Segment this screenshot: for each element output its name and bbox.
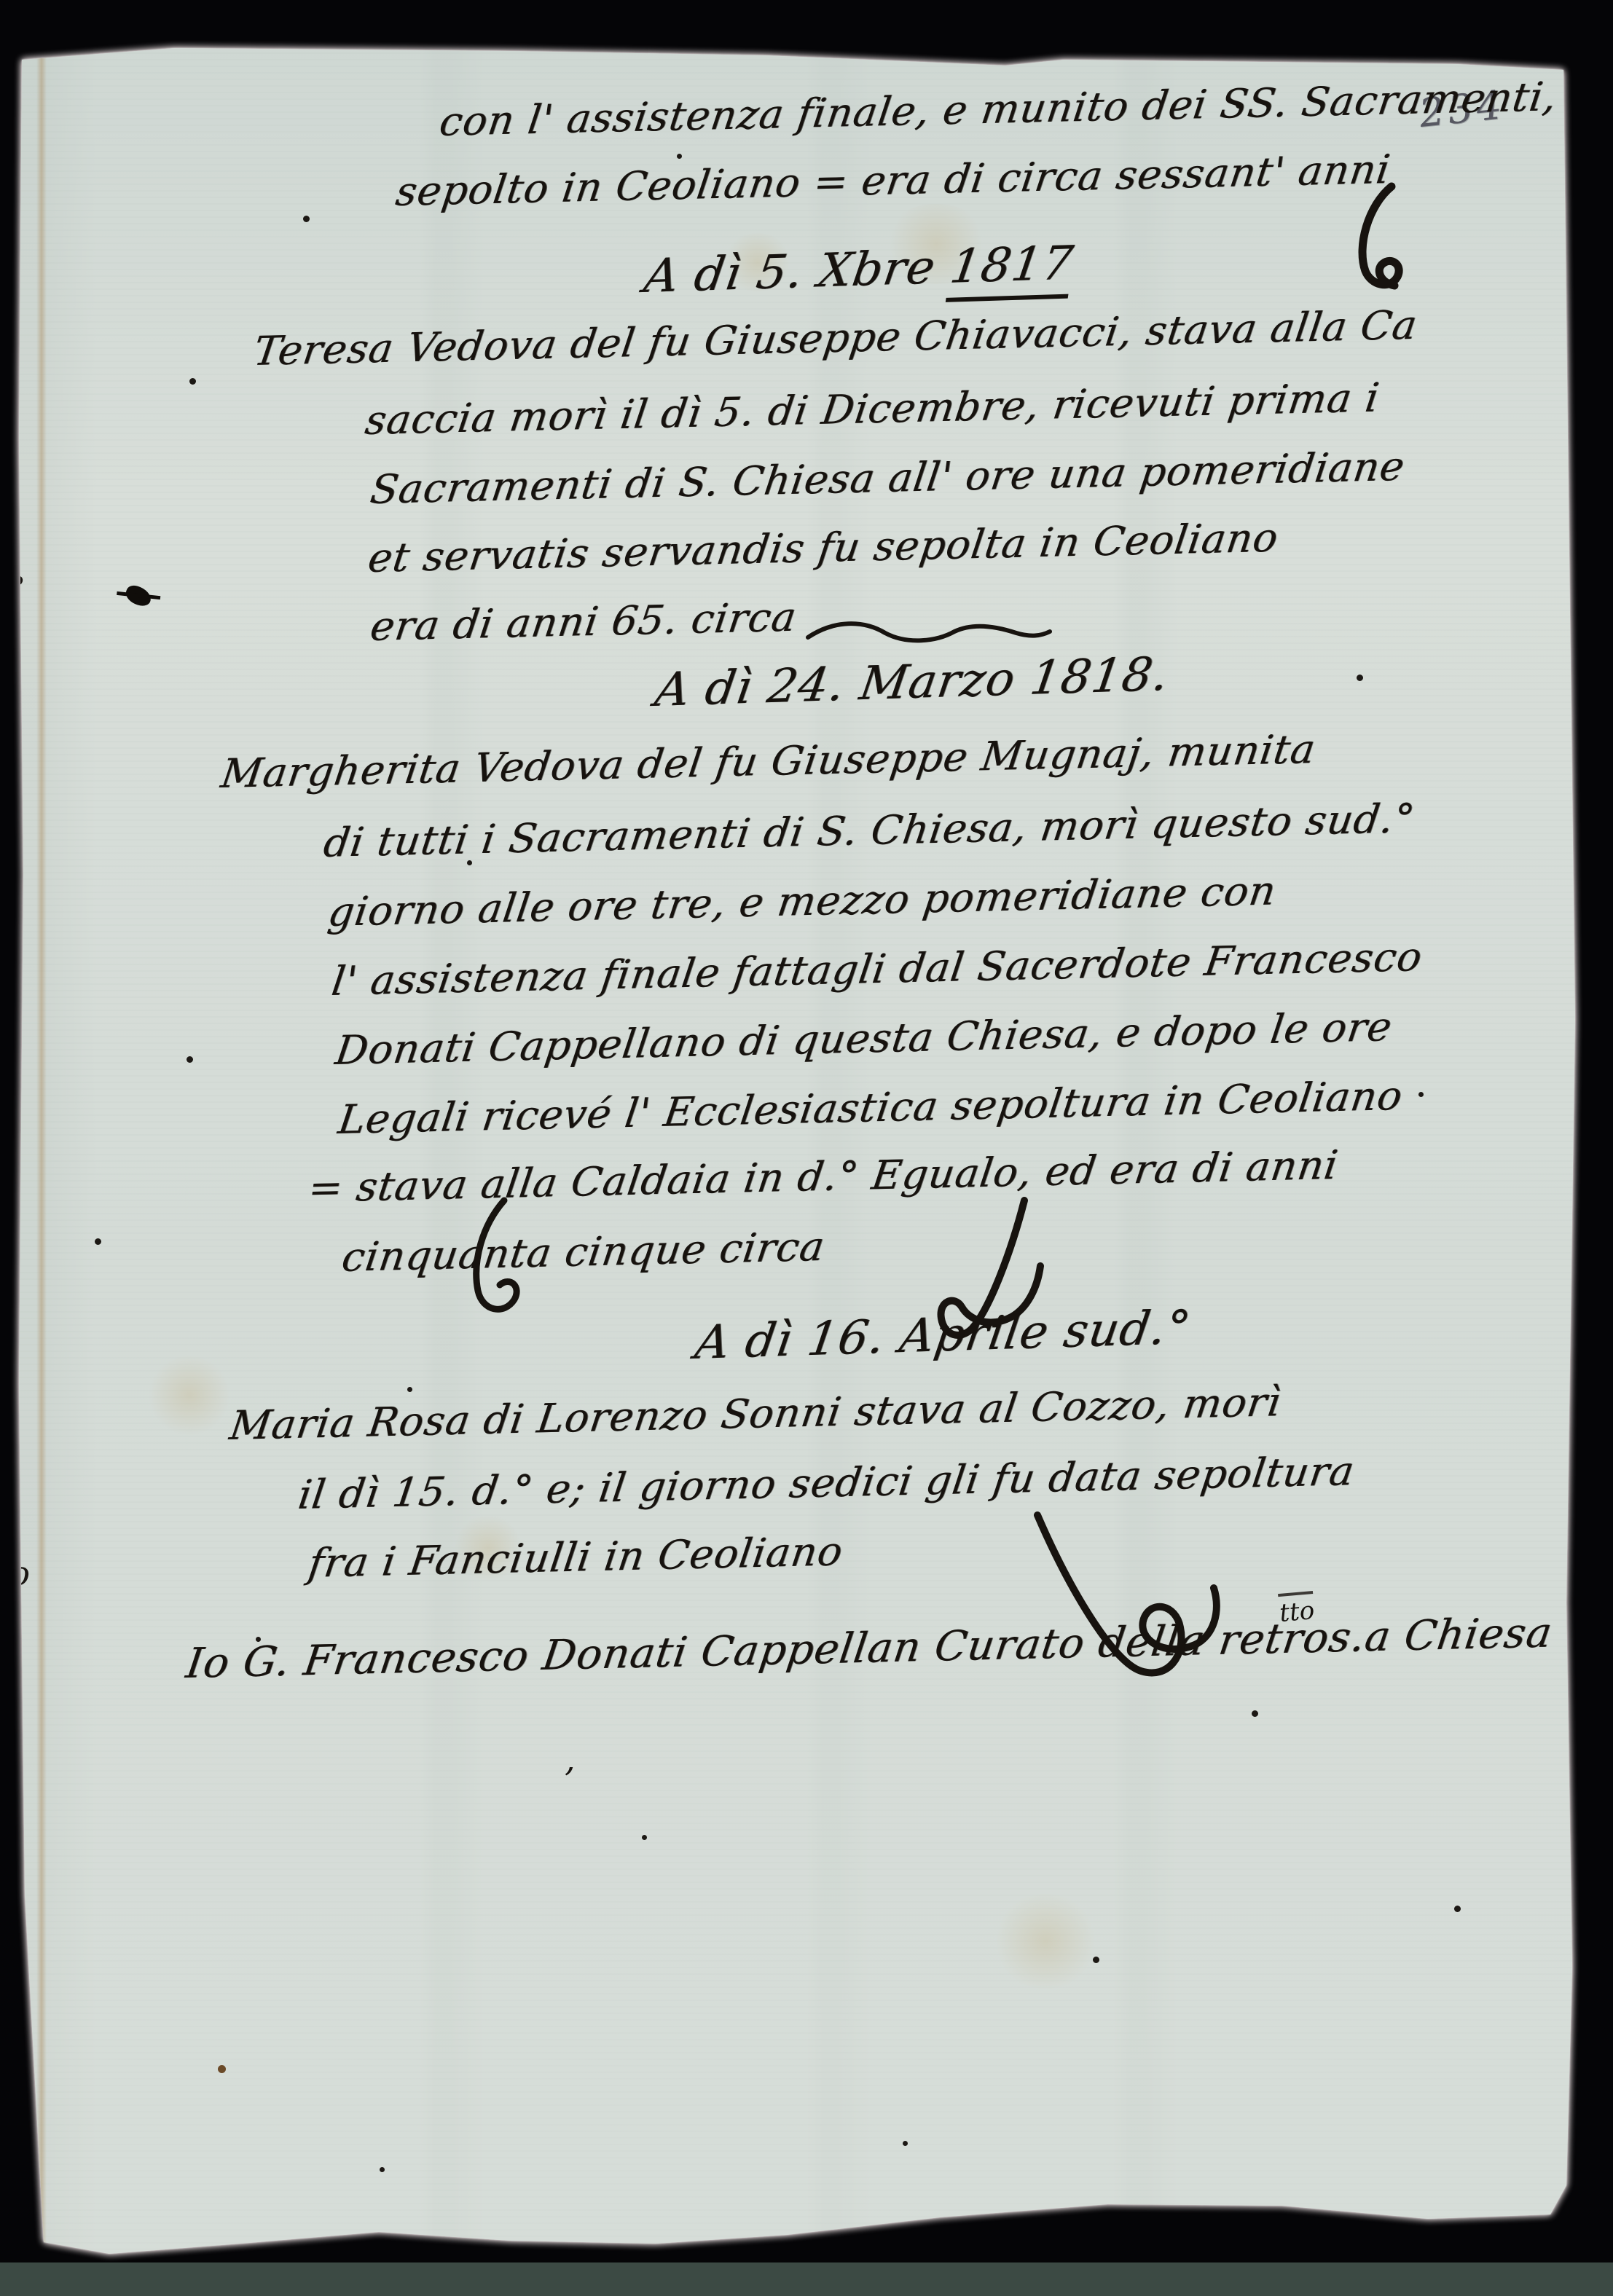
entry2-date-prefix: A dì 24. Marzo	[651, 653, 1019, 717]
entry2-line-8: cinquanta cinque circa	[340, 1227, 827, 1278]
paper-stain	[991, 1894, 1100, 1989]
entry1-line-2: saccia morì il dì 5. di Dicembre, ricevu…	[363, 378, 1382, 441]
margin-fragment: o	[0, 512, 9, 551]
dust-specks	[0, 0, 4, 4]
margin-fragment: b	[0, 462, 9, 501]
entry2-line-1: Margherita Vedova del fu Giuseppe Mugnaj…	[219, 729, 1318, 794]
fold-crease	[36, 0, 47, 2296]
entry2-date-heading: A dì 24. Marzo 1818.	[652, 651, 1172, 714]
pen-flourish	[805, 616, 1053, 652]
entry1-line-5: era di anni 65. circa	[368, 597, 799, 647]
entry1-date-heading: A dì 5. Xbre 1817	[641, 240, 1076, 300]
margin-fragment: lc	[0, 373, 17, 412]
entry3-line-3: fra i Fanciulli in Ceoliano	[306, 1531, 845, 1584]
curate-signature: Io G. Francesco Donati Cappellan Curato …	[184, 1608, 1613, 1685]
margin-fragment: li	[0, 716, 9, 755]
entry2-line-3: giorno alle ore tre, e mezzo pomeridiane…	[326, 871, 1279, 932]
margin-fragment: e.	[0, 115, 19, 154]
stray-pen-mark: ,	[565, 1739, 576, 1779]
entry2-date-year: 1818.	[1027, 648, 1172, 706]
entry1-line-3: Sacramenti di S. Chiesa all' ore una pom…	[368, 447, 1408, 510]
entry1-date-prefix: A dì 5. Xbre	[640, 241, 938, 304]
manuscript-page: , 234 con l' assistenza finale, e munito…	[0, 0, 1613, 2296]
entry2-line-4: l' assistenza finale fattagli dal Sacerd…	[329, 937, 1425, 1002]
entry2-line-2: di tutti i Sacramenti di S. Chiesa, morì…	[321, 798, 1417, 863]
margin-fragment: iio	[0, 1554, 30, 1593]
entry3-date-prefix: A dì 16. Aprile	[691, 1305, 1052, 1370]
entry2-line-5: Donati Cappellano di questa Chiesa, e do…	[333, 1007, 1394, 1071]
margin-fragment: ie	[0, 2070, 19, 2110]
entry2-line-6: Legali ricevé l' Ecclesiastica sepoltura…	[336, 1076, 1405, 1140]
entry1-date-year: 1817	[946, 237, 1077, 302]
margin-fragment: o	[0, 1757, 9, 1796]
entry3-date-heading: A dì 16. Aprile sud.°	[692, 1305, 1193, 1367]
entry1-line-4: et servatis servandis fu sepolta in Ceol…	[366, 518, 1281, 578]
paper-wrap: , 234 con l' assistenza finale, e munito…	[0, 0, 1613, 2296]
entry3-line-1: Maria Rosa di Lorenzo Sonni stava al Coz…	[227, 1382, 1284, 1446]
pen-flourish	[453, 1196, 541, 1320]
margin-fragment: rè	[0, 562, 24, 602]
paper-stain	[146, 1355, 233, 1435]
pen-flourish	[1346, 184, 1412, 293]
entry1-line-1: Teresa Vedova del fu Giuseppe Chiavacci,…	[251, 305, 1420, 371]
ink-blot	[123, 583, 154, 610]
margin-fragment: lu	[0, 766, 20, 805]
scanned-register-page: , 234 con l' assistenza finale, e munito…	[0, 0, 1613, 2296]
margin-fragment: ju	[0, 1401, 20, 1440]
entry3-date-year: sud.°	[1060, 1301, 1194, 1359]
margin-fragment: ii	[0, 323, 9, 362]
intro-line-2: sepolto in Ceoliano = era di circa sessa…	[393, 149, 1393, 212]
